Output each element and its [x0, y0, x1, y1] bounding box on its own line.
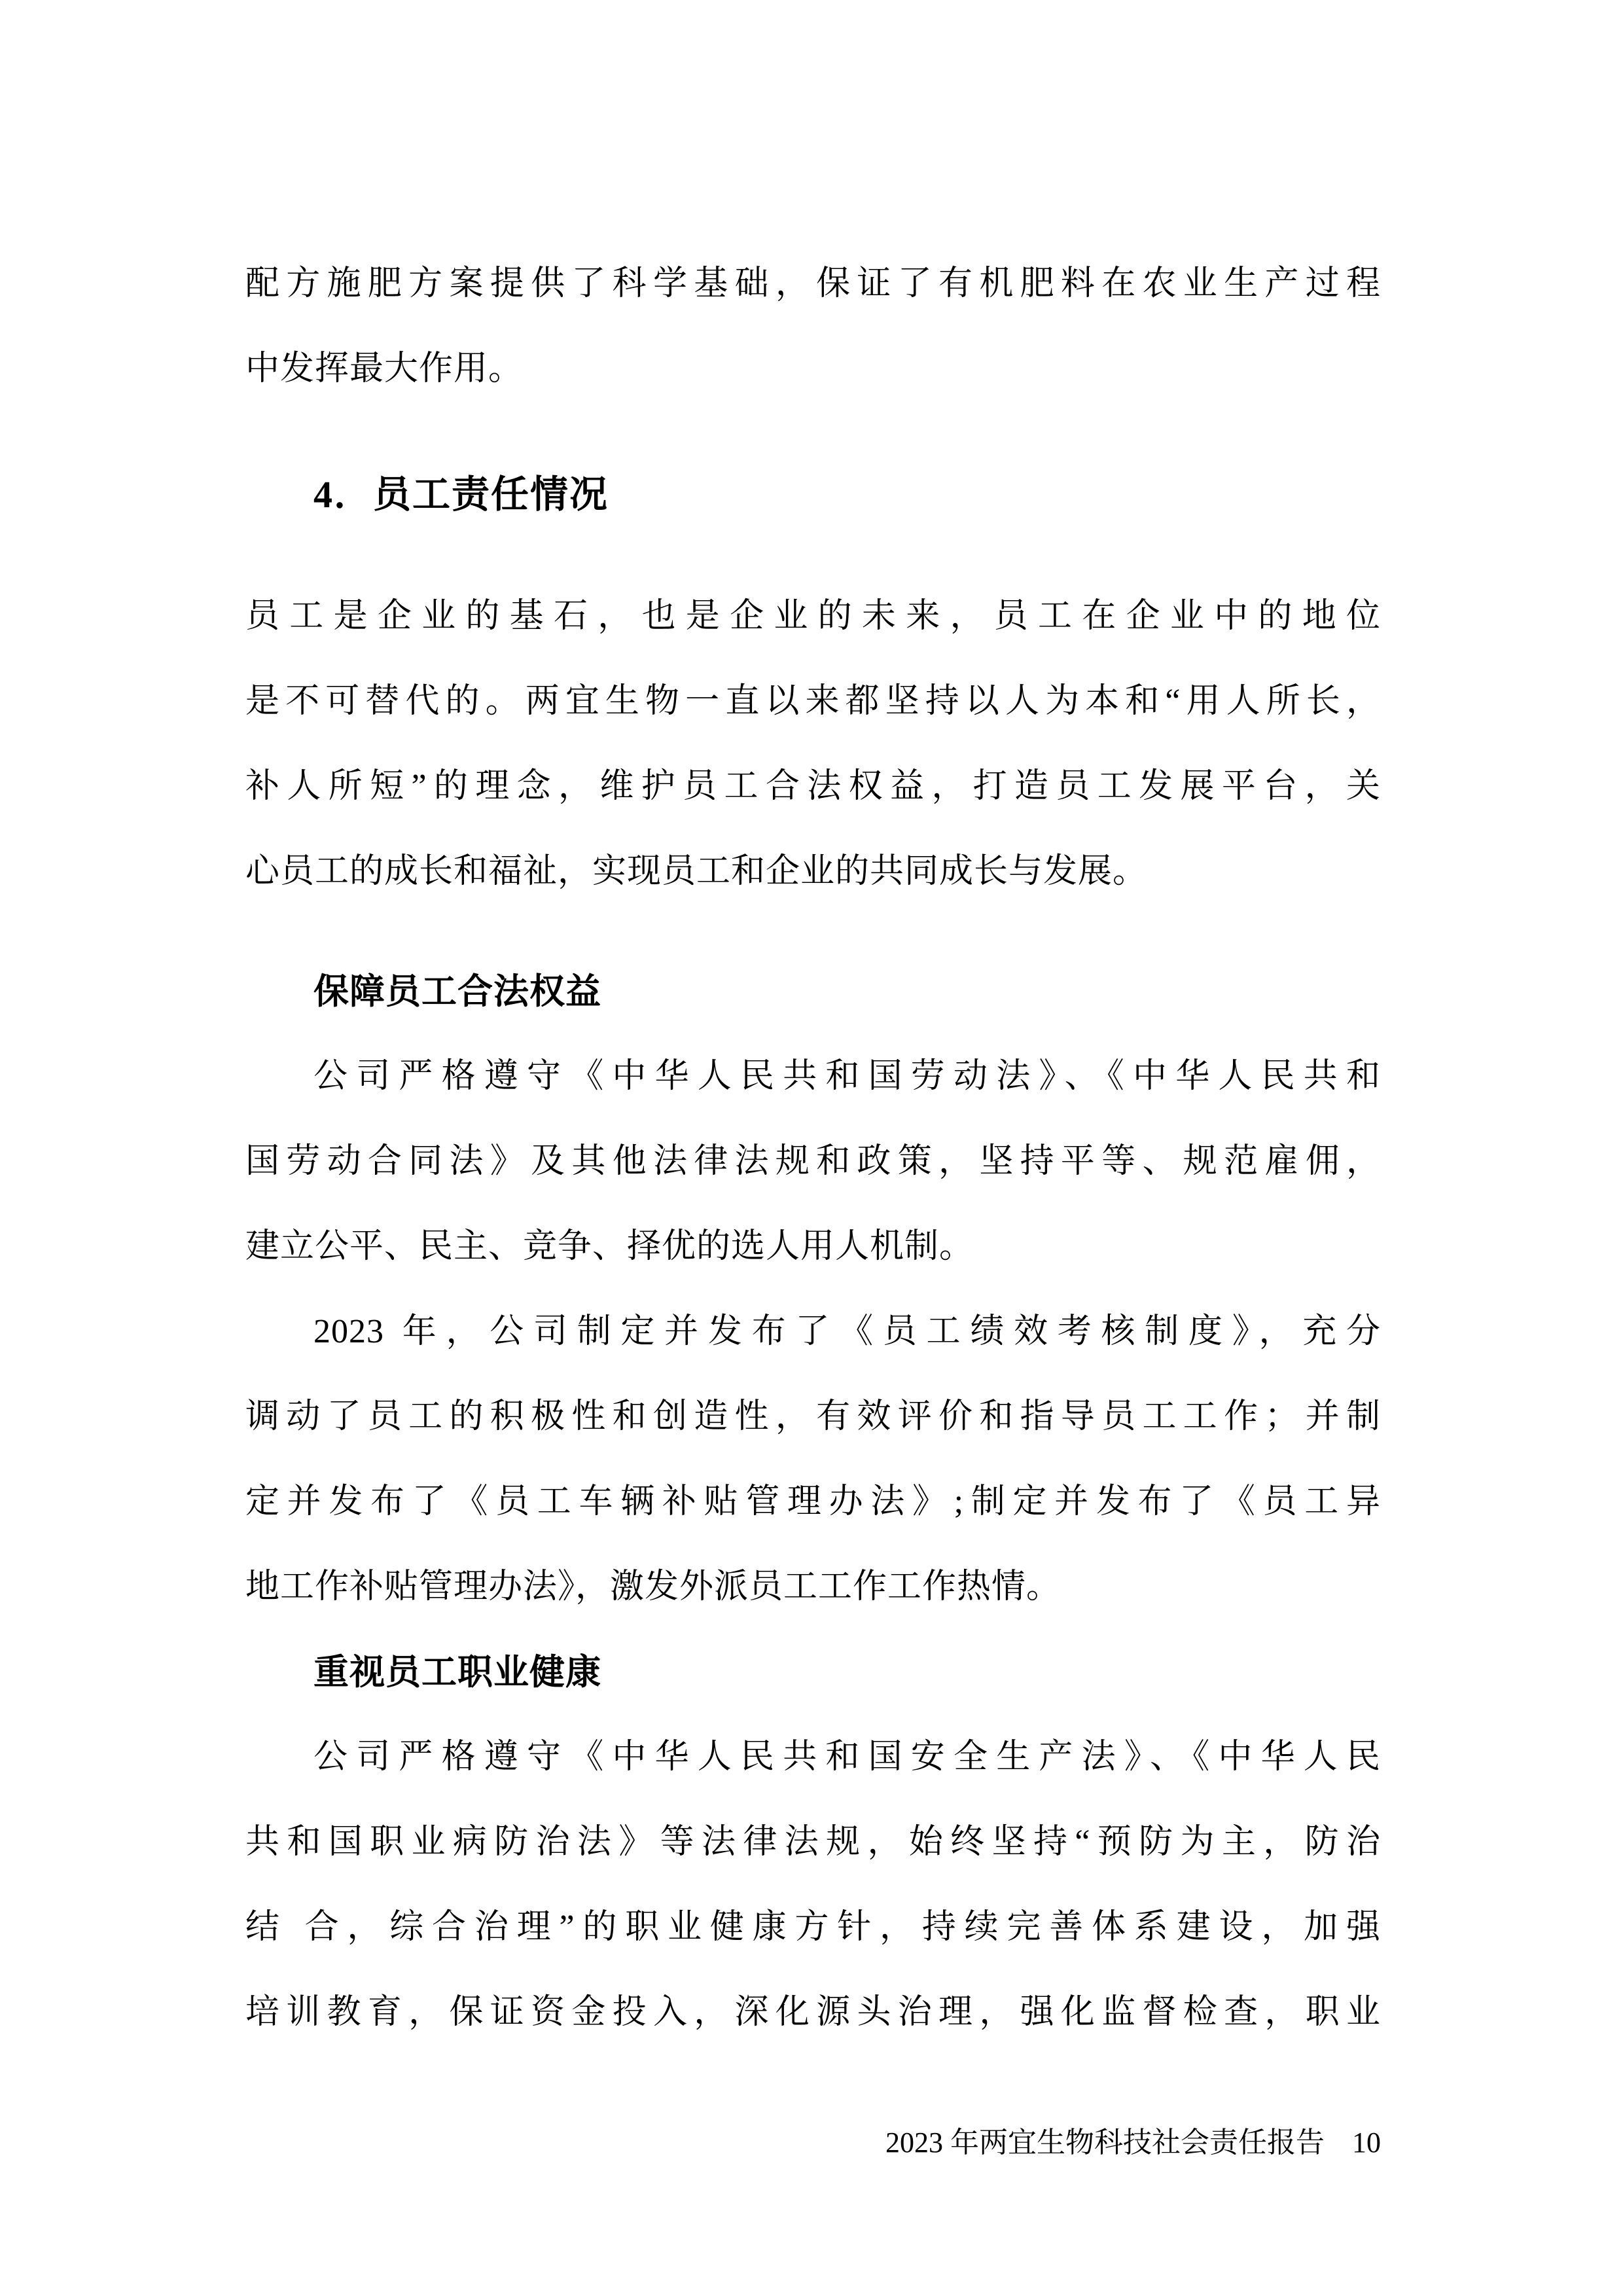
- paragraph-line: 员工是企业的基石，也是企业的未来，员工在企业中的地位: [245, 574, 1381, 659]
- paragraph-line: 定并发布了《员工车辆补贴管理办法》;制定并发布了《员工异: [245, 1460, 1381, 1545]
- paragraph-line: 2023 年，公司制定并发布了《员工绩效考核制度》，充分: [245, 1289, 1381, 1374]
- paragraph-line: 补人所短”的理念，维护员工合法权益，打造员工发展平台，关: [245, 744, 1381, 829]
- footer-page-number: 10: [1352, 2126, 1381, 2159]
- paragraph-line: 心员工的成长和福祉，实现员工和企业的共同成长与发展。: [245, 829, 1381, 914]
- paragraph-line: 地工作补贴管理办法》，激发外派员工工作工作热情。: [245, 1545, 1381, 1630]
- paragraph-2023-policies: 2023 年，公司制定并发布了《员工绩效考核制度》，充分 调动了员工的积极性和创…: [245, 1289, 1381, 1630]
- page-footer: 2023 年两宜生物科技社会责任报告10: [885, 2126, 1381, 2160]
- page-body: 配方施肥方案提供了科学基础，保证了有机肥料在农业生产过程 中发挥最大作用。 4．…: [245, 242, 1381, 2055]
- paragraph-line: 建立公平、民主、竞争、择优的选人用人机制。: [245, 1204, 1381, 1289]
- paragraph-line: 公司严格遵守《中华人民共和国安全生产法》、《中华人民: [245, 1715, 1381, 1800]
- paragraph-fertilizer: 配方施肥方案提供了科学基础，保证了有机肥料在农业生产过程 中发挥最大作用。: [245, 242, 1381, 412]
- footer-report-title: 2023 年两宜生物科技社会责任报告: [885, 2126, 1325, 2159]
- paragraph-line: 调动了员工的积极性和创造性，有效评价和指导员工工作；并制: [245, 1374, 1381, 1460]
- paragraph-line: 配方施肥方案提供了科学基础，保证了有机肥料在农业生产过程: [245, 242, 1381, 327]
- paragraph-line: 公司严格遵守《中华人民共和国劳动法》、《中华人民共和: [245, 1034, 1381, 1119]
- subheading-occupational-health: 重视员工职业健康: [245, 1630, 1381, 1715]
- paragraph-line: 是不可替代的。两宜生物一直以来都坚持以人为本和“用人所长，: [245, 659, 1381, 744]
- subheading-legal-rights: 保障员工合法权益: [245, 949, 1381, 1034]
- section-heading-employee-responsibility: 4．员工责任情况: [245, 449, 1381, 541]
- paragraph-line: 结 合，综合治理”的职业健康方针，持续完善体系建设，加强: [245, 1885, 1381, 1970]
- paragraph-labor-law: 公司严格遵守《中华人民共和国劳动法》、《中华人民共和 国劳动合同法》及其他法律法…: [245, 1034, 1381, 1289]
- paragraph-safety-law: 公司严格遵守《中华人民共和国安全生产法》、《中华人民 共和国职业病防治法》等法律…: [245, 1715, 1381, 2055]
- paragraph-line: 培训教育，保证资金投入，深化源头治理，强化监督检查，职业: [245, 1970, 1381, 2055]
- paragraph-line: 共和国职业病防治法》等法律法规，始终坚持“预防为主，防治: [245, 1800, 1381, 1885]
- paragraph-line: 国劳动合同法》及其他法律法规和政策，坚持平等、规范雇佣，: [245, 1119, 1381, 1204]
- paragraph-employee-foundation: 员工是企业的基石，也是企业的未来，员工在企业中的地位 是不可替代的。两宜生物一直…: [245, 574, 1381, 914]
- paragraph-line: 中发挥最大作用。: [245, 327, 1381, 412]
- document-page: 配方施肥方案提供了科学基础，保证了有机肥料在农业生产过程 中发挥最大作用。 4．…: [0, 0, 1623, 2296]
